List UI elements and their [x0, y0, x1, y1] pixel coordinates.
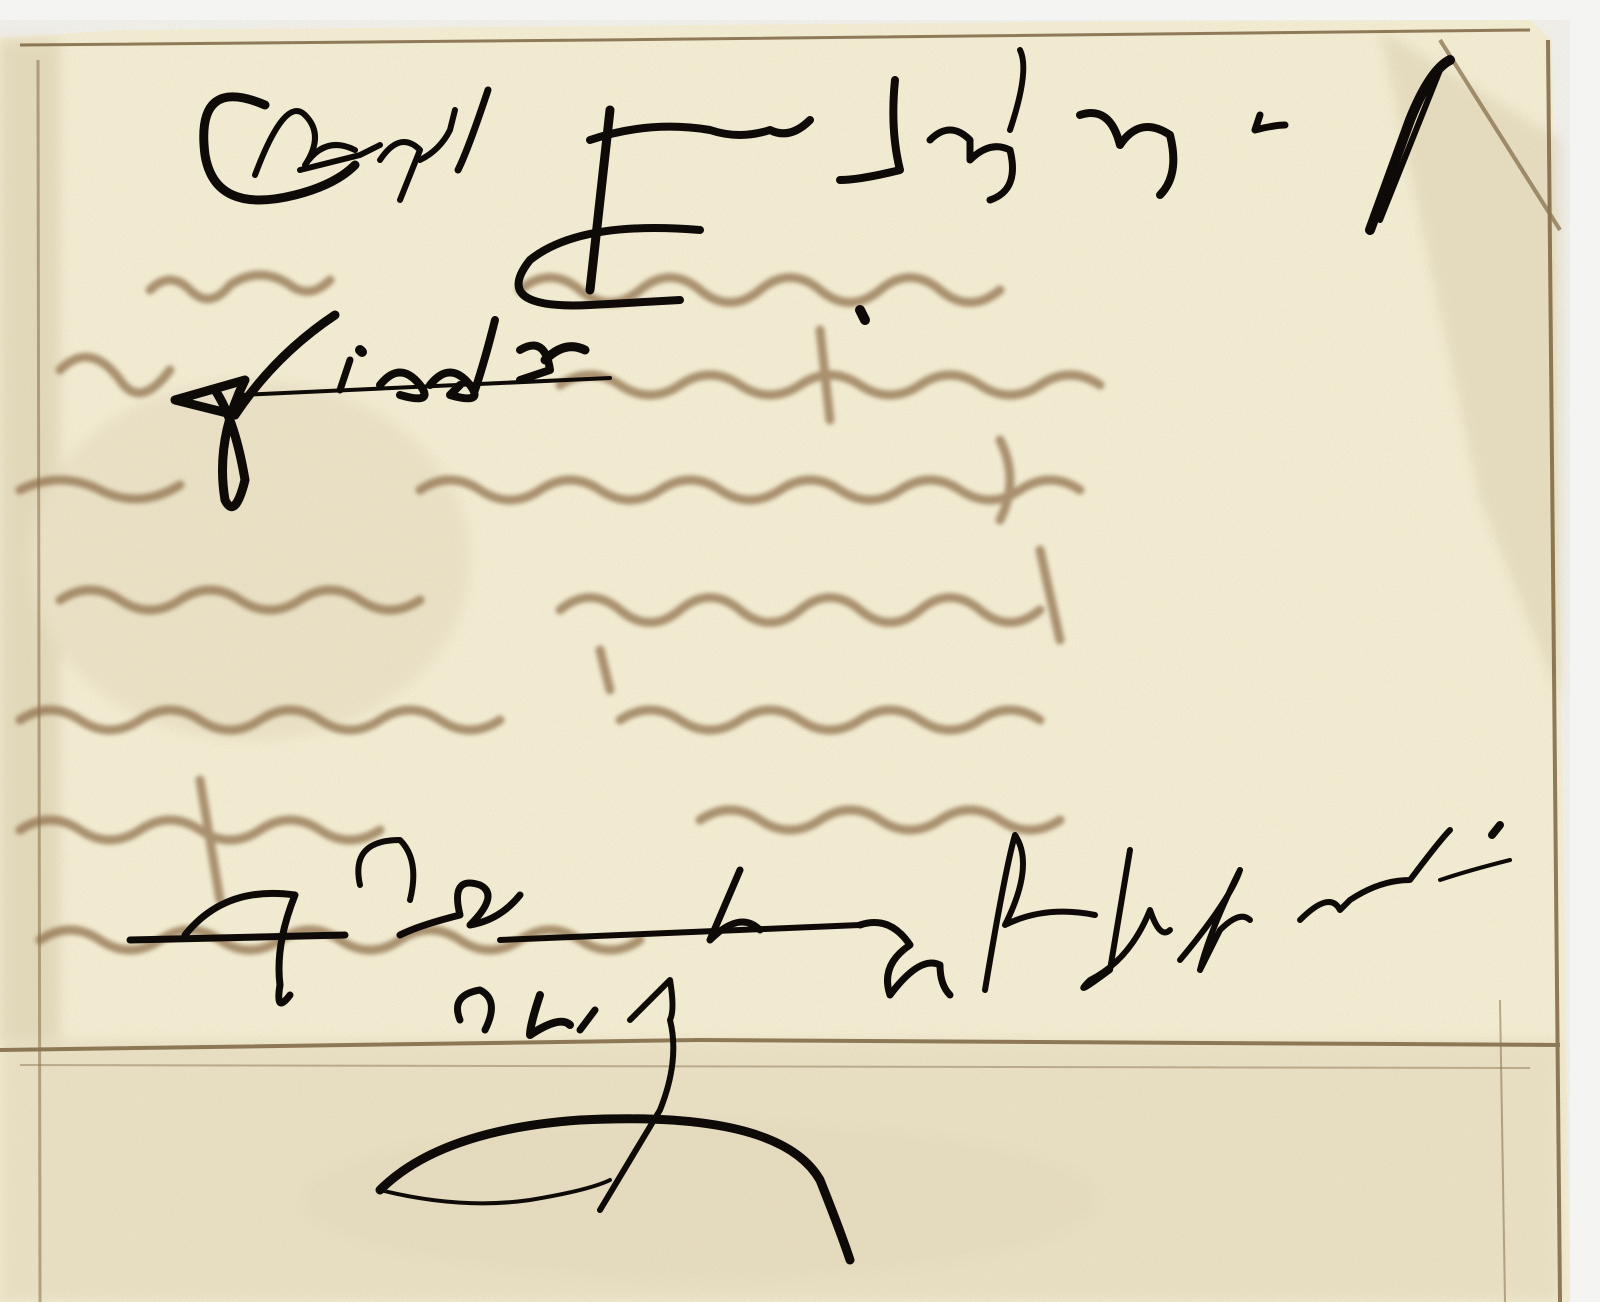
manuscript-page: Rx yel porne Daugrdmy ch ficatte Adh ba …: [0, 0, 1600, 1302]
manuscript-drawing: [0, 0, 1600, 1302]
